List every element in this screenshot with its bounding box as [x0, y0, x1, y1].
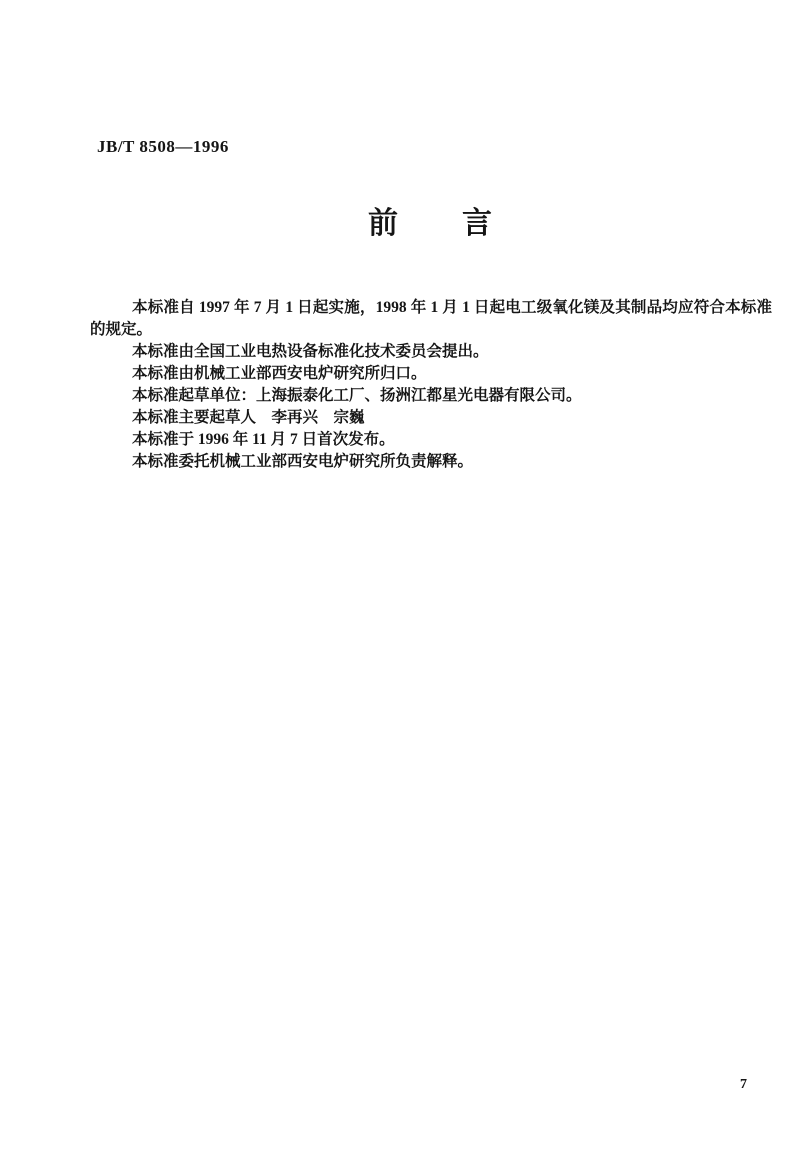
- standard-code: JB/T 8508—1996: [97, 137, 229, 157]
- paragraph-implementation-dates: 本标准自 1997 年 7 月 1 日起实施，1998 年 1 月 1 日起电工…: [90, 297, 772, 341]
- foreword-title: 前 言: [90, 206, 770, 242]
- paragraph-first-issued: 本标准于 1996 年 11 月 7 日首次发布。: [90, 429, 772, 451]
- paragraph-interpretation: 本标准委托机械工业部西安电炉研究所负责解释。: [90, 451, 772, 473]
- paragraph-drafting-organizations: 本标准起草单位：上海振泰化工厂、扬洲江都星光电器有限公司。: [90, 385, 772, 407]
- page-number: 7: [740, 1077, 747, 1093]
- foreword-title-char-2: 言: [462, 206, 492, 242]
- foreword-title-char-1: 前: [368, 206, 398, 242]
- paragraph-main-drafters: 本标准主要起草人 李再兴 宗巍: [90, 407, 772, 429]
- document-page: JB/T 8508—1996 前 言 本标准自 1997 年 7 月 1 日起实…: [0, 0, 800, 1162]
- foreword-body: 本标准自 1997 年 7 月 1 日起实施，1998 年 1 月 1 日起电工…: [90, 297, 772, 473]
- paragraph-centralized-by: 本标准由机械工业部西安电炉研究所归口。: [90, 363, 772, 385]
- paragraph-proposed-by: 本标准由全国工业电热设备标准化技术委员会提出。: [90, 341, 772, 363]
